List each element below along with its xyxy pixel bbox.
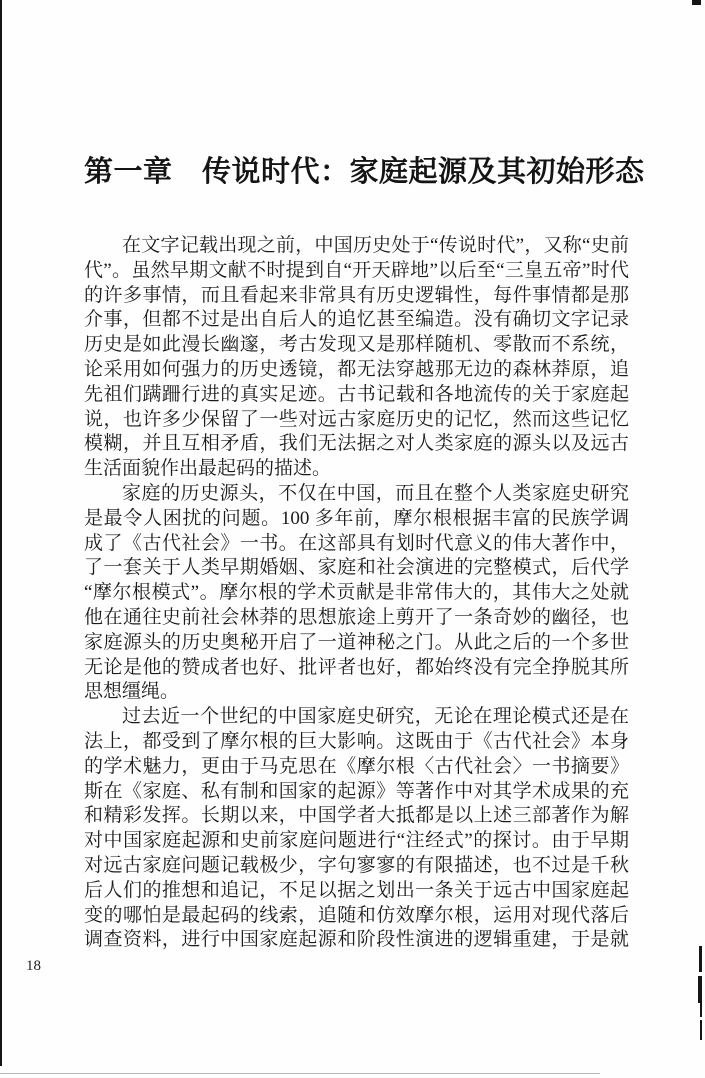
text-line: 对中国家庭起源和史前家庭问题进行“注经式”的探讨。由于早期文献 (84, 829, 629, 854)
scan-right-edge-artifact (698, 976, 702, 1003)
text-line: 斯在《家庭、私有制和国家的起源》等著作中对其学术成果的充分继承 (84, 780, 629, 805)
text-line: 对远古家庭问题记载极少，字句寥寥的有限描述，也不过是千秋万载之 (84, 854, 629, 879)
text-line: 后人们的推想和追记，不足以据之划出一条关于远古中国家庭起源与演 (84, 879, 629, 904)
text-line: 生活面貌作出最起码的描述。 (84, 457, 629, 482)
chapter-title: 第一章 传说时代：家庭起源及其初始形态 (84, 149, 644, 190)
text-line: 介事，但都不过是出自后人的追忆甚至编造。没有确切文字记录的中国 (84, 308, 629, 333)
text-line: 在文字记载出现之前，中国历史处于“传说时代”，又称“史前时 (84, 234, 629, 259)
text-line: 的学术魅力，更由于马克思在《摩尔根〈古代社会〉一书摘要》和恩格 (84, 755, 629, 780)
text-line: 无论是他的赞成者也好、批评者也好，都始终没有完全挣脱其所悬系的 (84, 656, 629, 681)
text-line: 了一套关于人类早期婚姻、家庭和社会演进的完整模式，后代学者称为 (84, 556, 629, 581)
text-line: 法上，都受到了摩尔根的巨大影响。这既由于《古代社会》本身所具有 (84, 730, 629, 755)
text-line: 过去近一个世纪的中国家庭史研究，无论在理论模式还是在研究方 (84, 705, 629, 730)
scan-left-border-artifact (0, 0, 2, 1066)
text-line: 和精彩发挥。长期以来，中国学者大抵都是以上述三部著作为解释依据， (84, 804, 629, 829)
text-line: 历史是如此漫长幽邃，考古发现又是那样随机、零散而不系统，今人无 (84, 333, 629, 358)
text-line: 变的哪怕是最起码的线索，追随和仿效摩尔根，运用对现代落后民族的 (84, 904, 629, 929)
text-line: 代”。虽然早期文献不时提到自“开天辟地”以后至“三皇五帝”时代 (84, 259, 629, 284)
text-line: 家庭源头的历史奥秘开启了一道神秘之门。从此之后的一个多世纪以来， (84, 631, 629, 656)
text-line: 模糊，并且互相矛盾，我们无法据之对人类家庭的源头以及远古的家庭 (84, 432, 629, 457)
text-line: 成了《古代社会》一书。在这部具有划时代意义的伟大著作中，他建立 (84, 532, 629, 557)
text-line: 家庭的历史源头，不仅在中国，而且在整个人类家庭史研究中，都 (84, 482, 629, 507)
text-line: 的许多事情，而且看起来非常具有历史逻辑性，每件事情都是那样煞有 (84, 284, 629, 309)
text-line: “摩尔根模式”。摩尔根的学术贡献是非常伟大的，其伟大之处就在于： (84, 581, 629, 606)
body-text: 在文字记载出现之前，中国历史处于“传说时代”，又称“史前时 代”。虽然早期文献不… (84, 234, 629, 953)
scan-bottom-edge-artifact (0, 1073, 600, 1074)
page-number: 18 (26, 958, 41, 975)
text-line: 说，也许多少保留了一些对远古家庭历史的记忆，然而这些记忆是如此 (84, 408, 629, 433)
text-line: 调查资料，进行中国家庭起源和阶段性演进的逻辑重建，于是就成为远 (84, 928, 629, 953)
book-page: 第一章 传说时代：家庭起源及其初始形态 在文字记载出现之前，中国历史处于“传说时… (0, 0, 705, 1078)
scan-top-right-artifact (692, 0, 701, 5)
text-line: 是最令人困扰的问题。100 多年前，摩尔根根据丰富的民族学调查资料著 (84, 507, 629, 532)
scan-right-edge-artifact (700, 1020, 702, 1040)
text-line: 他在通往史前社会林莽的思想旅途上剪开了一条奇妙的幽径，也为探寻 (84, 606, 629, 631)
text-line: 论采用如何强力的历史透镜，都无法穿越那无边的森林莽原，追踪遥远 (84, 358, 629, 383)
scan-right-edge-artifact (699, 946, 702, 972)
text-line: 先祖们蹒跚行进的真实足迹。古书记载和各地流传的关于家庭起源的传 (84, 383, 629, 408)
text-line: 思想缰绳。 (84, 680, 629, 705)
scan-right-edge-artifact (700, 1003, 702, 1017)
